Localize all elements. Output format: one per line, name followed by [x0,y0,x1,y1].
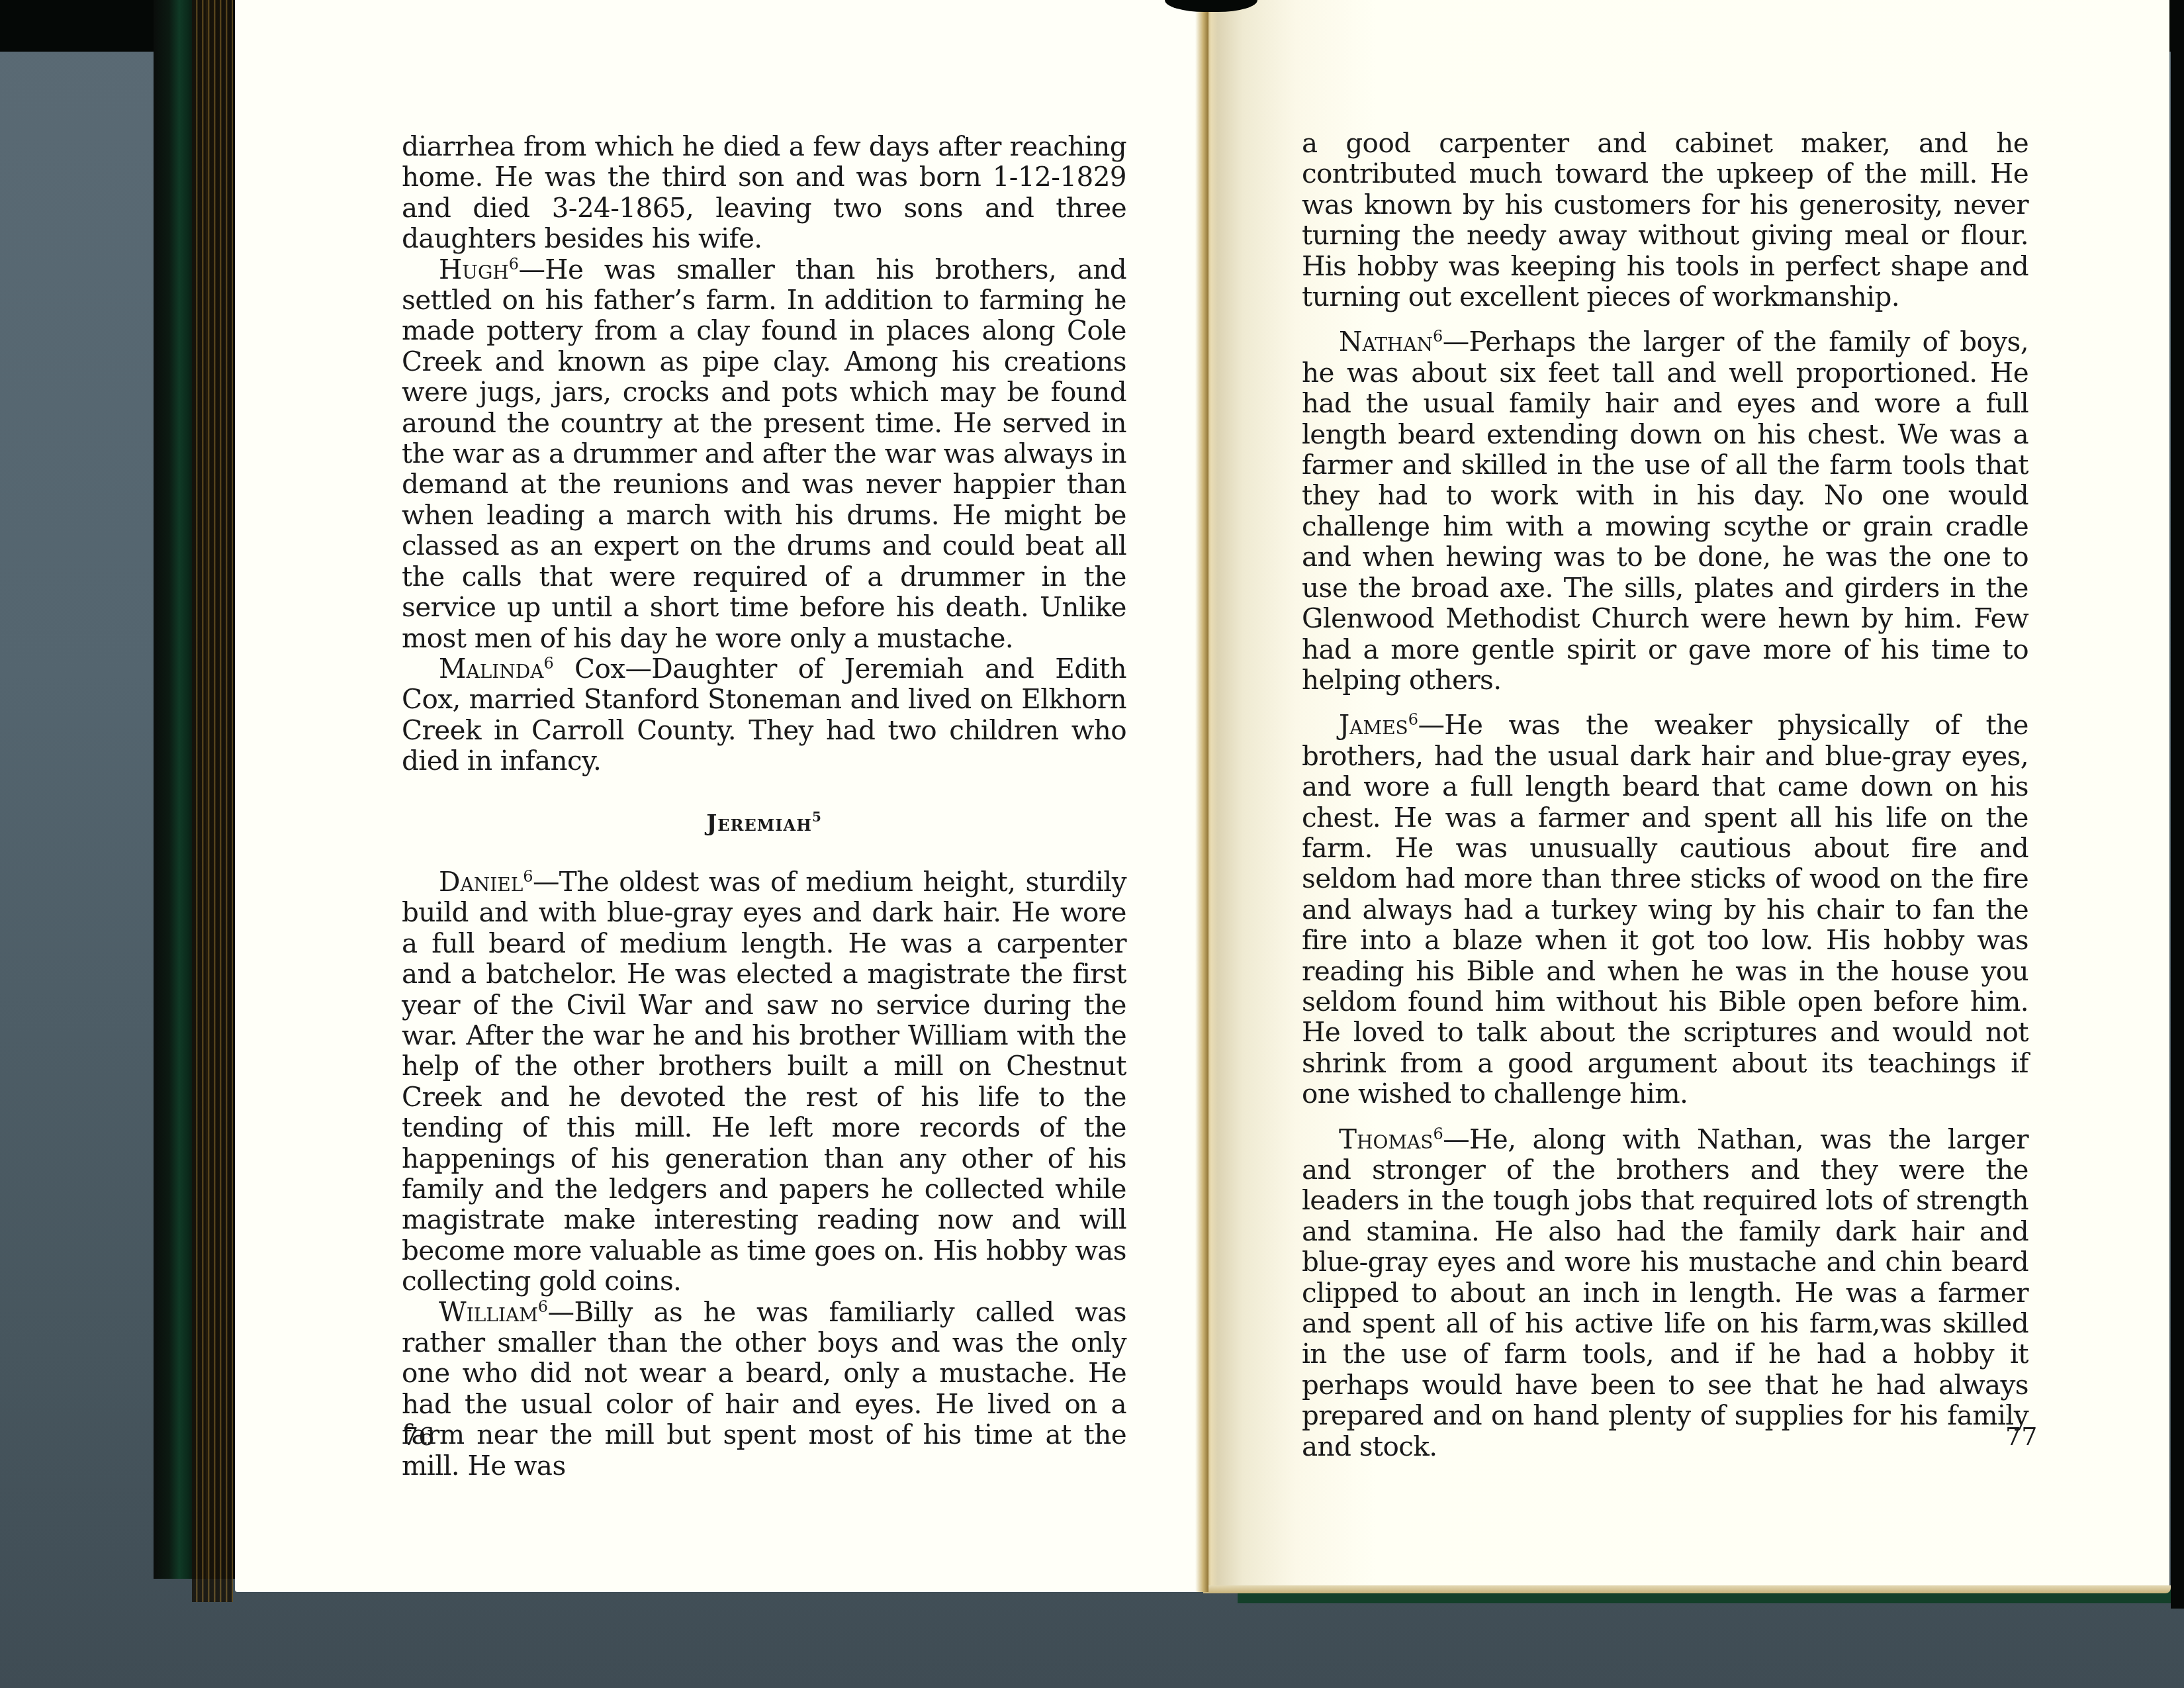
paragraph-text: a good carpenter and cabinet maker, and … [1302,127,2028,312]
paragraph-text: diarrhea from which he died a few days a… [402,130,1126,254]
section-heading-generation: 5 [812,809,822,825]
paragraph-william: William6—Billy as he was familiarly call… [402,1297,1126,1481]
paragraph-james: James6—He was the weaker physically of t… [1302,710,2028,1109]
generation-number: 6 [538,1297,548,1316]
paragraph-malinda: Malinda6 Cox—Daughter of Jeremiah and Ed… [402,653,1126,776]
paragraph-text: —He was the weaker physically of the bro… [1302,709,2028,1109]
generation-number: 6 [1433,1125,1443,1143]
paragraph-continuation: diarrhea from which he died a few days a… [402,131,1126,254]
entry-name: Thomas [1339,1123,1433,1155]
book-cover-right-edge [2171,0,2184,1609]
right-page-text: a good carpenter and cabinet maker, and … [1302,128,2028,1462]
generation-number: 6 [1433,327,1443,346]
paragraph-text: —Perhaps the larger of the family of boy… [1302,326,2028,695]
page-number-left: 76 [402,1422,434,1451]
generation-number: 6 [1408,710,1418,729]
generation-number: 6 [509,255,519,273]
paragraph-thomas: Thomas6—He, along with Nathan, was the l… [1302,1124,2028,1462]
paragraph-text: —He was smaller than his brothers, and s… [402,254,1126,654]
right-page-bottom-edge [1203,1585,2171,1593]
entry-name: William [439,1296,538,1328]
generation-number: 6 [523,867,533,886]
entry-name: Hugh [439,254,509,285]
generation-number: 6 [544,654,554,673]
page-edges-left [192,0,233,1602]
entry-name: Nathan [1339,326,1433,357]
left-page-text: diarrhea from which he died a few days a… [402,131,1126,1481]
paragraph-text: —He, along with Nathan, was the larger a… [1302,1123,2028,1462]
entry-name: Malinda [439,653,544,684]
paragraph-text: —The oldest was of medium height, sturdi… [402,866,1126,1297]
entry-name: James [1339,709,1408,741]
entry-name: Daniel [439,866,523,898]
section-heading: Jeremiah5 [402,808,1126,839]
book-gutter [1195,0,1208,1592]
page-number-right: 77 [2005,1422,2037,1451]
paragraph-continuation: a good carpenter and cabinet maker, and … [1302,128,2028,312]
paragraph-daniel: Daniel6—The oldest was of medium height,… [402,867,1126,1297]
section-heading-name: Jeremiah [706,810,812,837]
paragraph-hugh: Hugh6—He was smaller than his brothers, … [402,254,1126,653]
paragraph-nathan: Nathan6—Perhaps the larger of the family… [1302,326,2028,695]
